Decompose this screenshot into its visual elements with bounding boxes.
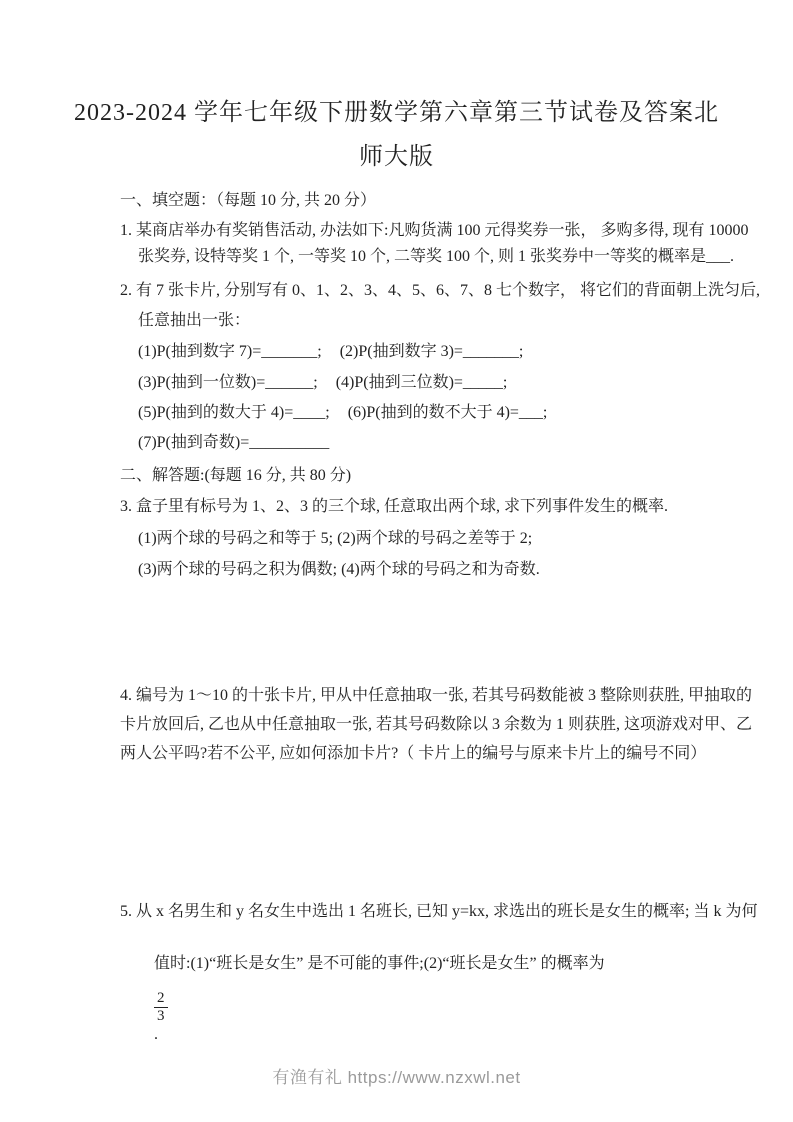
footer-watermark: 有渔有礼 https://www.nzxwl.net xyxy=(0,1066,793,1090)
section-heading-fill-in: 一、填空题：（每题 10 分, 共 20 分） xyxy=(120,191,376,211)
q2-blank-item-3: (3)P(抽到一位数)=______; xyxy=(138,373,318,393)
fraction-numerator: 2 xyxy=(154,990,168,1008)
exam-title-line-1: 2023-2024 学年七年级下册数学第六章第三节试卷及答案北 xyxy=(0,100,793,126)
q5-line-2-period: . xyxy=(154,1026,158,1043)
question-2-line-1: 2. 有 7 张卡片, 分别写有 0、1、2、3、4、5、6、7、8 七个数字，… xyxy=(120,281,760,301)
q2-blank-item-5: (5)P(抽到的数大于 4)=____; xyxy=(138,403,330,423)
question-5-line-1: 5. 从 x 名男生和 y 名女生中选出 1 名班长, 已知 y=kx, 求选出… xyxy=(120,902,757,922)
question-4-line-2: 卡片放回后, 乙也从中任意抽取一张, 若其号码数除以 3 余数为 1 则获胜, … xyxy=(120,715,752,735)
q5-line-2-text: 值时:(1)“班长是女生” 是不可能的事件;(2)“班长是女生” 的概率为 xyxy=(154,955,605,972)
exam-title-line-2: 师大版 xyxy=(0,144,793,170)
question-2-line-2: 任意抽出一张： xyxy=(138,311,250,331)
q2-blank-item-4: (4)P(抽到三位数)=_____; xyxy=(336,373,508,393)
fraction-two-thirds: 2 3 xyxy=(154,990,168,1025)
question-3-line-3: (3)两个球的号码之积为偶数; (4)两个球的号码之和为奇数. xyxy=(138,560,540,580)
question-3-line-2: (1)两个球的号码之和等于 5; (2)两个球的号码之差等于 2; xyxy=(138,529,532,549)
q2-blank-item-2: (2)P(抽到数字 3)=_______; xyxy=(340,342,524,362)
q2-blank-item-7: (7)P(抽到奇数)=__________ xyxy=(138,433,329,453)
fraction-denominator: 3 xyxy=(157,1008,165,1025)
question-4-line-3: 两人公平吗?若不公平, 应如何添加卡片?（ 卡片上的编号与原来卡片上的编号不同） xyxy=(120,744,706,764)
question-1-line-1: 1. 某商店举办有奖销售活动, 办法如下:凡购货满 100 元得奖券一张， 多购… xyxy=(120,221,748,241)
q2-blank-item-6: (6)P(抽到的数不大于 4)=___; xyxy=(348,403,548,423)
document-page: 2023-2024 学年七年级下册数学第六章第三节试卷及答案北 师大版 一、填空… xyxy=(0,0,793,1122)
section-heading-solve: 二、解答题:(每题 16 分, 共 80 分) xyxy=(120,466,351,486)
question-2-blank-row-1: (1)P(抽到数字 7)=_______; (2)P(抽到数字 3)=_____… xyxy=(138,342,523,362)
q2-blank-item-1: (1)P(抽到数字 7)=_______; xyxy=(138,342,322,362)
question-3-line-1: 3. 盒子里有标号为 1、2、3 的三个球, 任意取出两个球, 求下列事件发生的… xyxy=(120,497,668,517)
question-2-blank-row-2: (3)P(抽到一位数)=______; (4)P(抽到三位数)=_____; xyxy=(138,373,507,393)
question-1-line-2: 张奖券, 设特等奖 1 个, 一等奖 10 个, 二等奖 100 个, 则 1 … xyxy=(138,247,734,267)
question-5-line-2: 值时:(1)“班长是女生” 是不可能的事件;(2)“班长是女生” 的概率为 2 … xyxy=(138,934,605,1065)
question-4-line-1: 4. 编号为 1～10 的十张卡片, 甲从中任意抽取一张, 若其号码数能被 3 … xyxy=(120,686,752,706)
question-2-blank-row-3: (5)P(抽到的数大于 4)=____; (6)P(抽到的数不大于 4)=___… xyxy=(138,403,547,423)
